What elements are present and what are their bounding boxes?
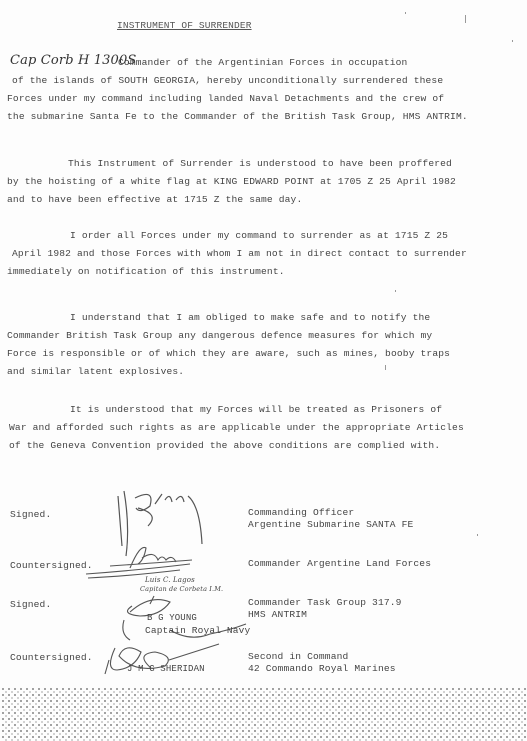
scan-speck [477, 534, 478, 536]
paragraph-2-line-2: by the hoisting of a white flag at KING … [7, 176, 456, 187]
signature-2-name-line-1: Luis C. Lagos [145, 576, 195, 584]
scan-speck [405, 12, 406, 14]
paragraph-3-line-1: I order all Forces under my command to s… [70, 230, 448, 241]
paragraph-5-line-1: It is understood that my Forces will be … [70, 404, 442, 415]
paragraph-1-line-4: the submarine Santa Fe to the Commander … [7, 111, 468, 122]
signature-4-role-line-2: 42 Commando Royal Marines [248, 663, 396, 674]
paragraph-5-line-2: War and afforded such rights as are appl… [9, 422, 464, 433]
signature-3-name-line-1: B G YOUNG [147, 613, 197, 623]
signature-4-handwriting-icon [95, 640, 225, 680]
signature-3-role-line-2: HMS ANTRIM [248, 609, 307, 620]
paragraph-4-line-4: and similar latent explosives. [7, 366, 184, 377]
surrender-document-page: INSTRUMENT OF SURRENDER Cap Corb H 1300S… [0, 0, 527, 741]
paragraph-5-line-3: of the Geneva Convention provided the ab… [9, 440, 440, 451]
document-title: INSTRUMENT OF SURRENDER [117, 20, 252, 31]
paragraph-2-line-3: and to have been effective at 1715 Z the… [7, 194, 302, 205]
signature-4-role-line-1: Second in Command [248, 651, 348, 662]
paragraph-3-line-2: April 1982 and those Forces with whom I … [12, 248, 467, 259]
scan-speck [465, 15, 466, 23]
paragraph-1-line-1: Commander of the Argentinian Forces in o… [118, 57, 407, 68]
signature-1-role-line-2: Argentine Submarine SANTA FE [248, 519, 413, 530]
paragraph-3-line-3: immediately on notification of this inst… [7, 266, 285, 277]
paragraph-4-line-3: Force is responsible or of which they ar… [7, 348, 450, 359]
scan-speck [385, 365, 386, 370]
paragraph-4-line-2: Commander British Task Group any dangero… [7, 330, 432, 341]
paragraph-2-line-1: This Instrument of Surrender is understo… [68, 158, 452, 169]
signature-3-label: Signed. [10, 599, 51, 610]
signature-3-role-line-1: Commander Task Group 317.9 [248, 597, 402, 608]
scan-speck [512, 40, 513, 42]
signature-2-role-line-1: Commander Argentine Land Forces [248, 558, 431, 569]
scan-speck [395, 290, 396, 292]
paragraph-1-line-3: Forces under my command including landed… [7, 93, 444, 104]
signature-3-name-line-2: Captain Royal Navy [145, 625, 250, 636]
scan-dot-pattern-secondary [3, 689, 527, 741]
signature-1-label: Signed. [10, 509, 51, 520]
signature-4-name-line-1: J M G SHERIDAN [127, 664, 205, 674]
paragraph-4-line-1: I understand that I am obliged to make s… [70, 312, 430, 323]
signature-4-label: Countersigned. [10, 652, 93, 663]
paragraph-1-line-2: of the islands of SOUTH GEORGIA, hereby … [12, 75, 443, 86]
signature-1-role-line-1: Commanding Officer [248, 507, 354, 518]
